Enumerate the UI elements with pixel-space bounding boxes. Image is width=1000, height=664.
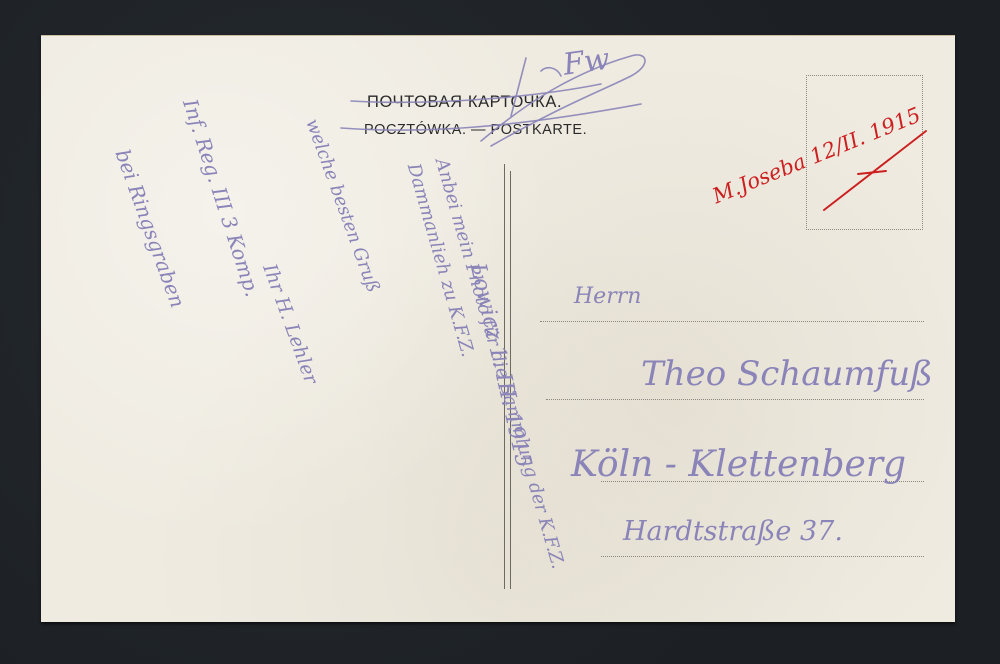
address-name: Theo Schaumfuß [641,354,933,394]
postcard: ПОЧТОВАЯ КАРТОЧКА. POCZTÓWKA. — POSTKART… [41,35,955,622]
address-street: Hardtstraße 37. [623,516,843,547]
address-salutation: Herrn [574,284,641,309]
handwritten-initials: Fw [561,42,612,83]
address-city: Köln - Klettenberg [571,444,906,485]
